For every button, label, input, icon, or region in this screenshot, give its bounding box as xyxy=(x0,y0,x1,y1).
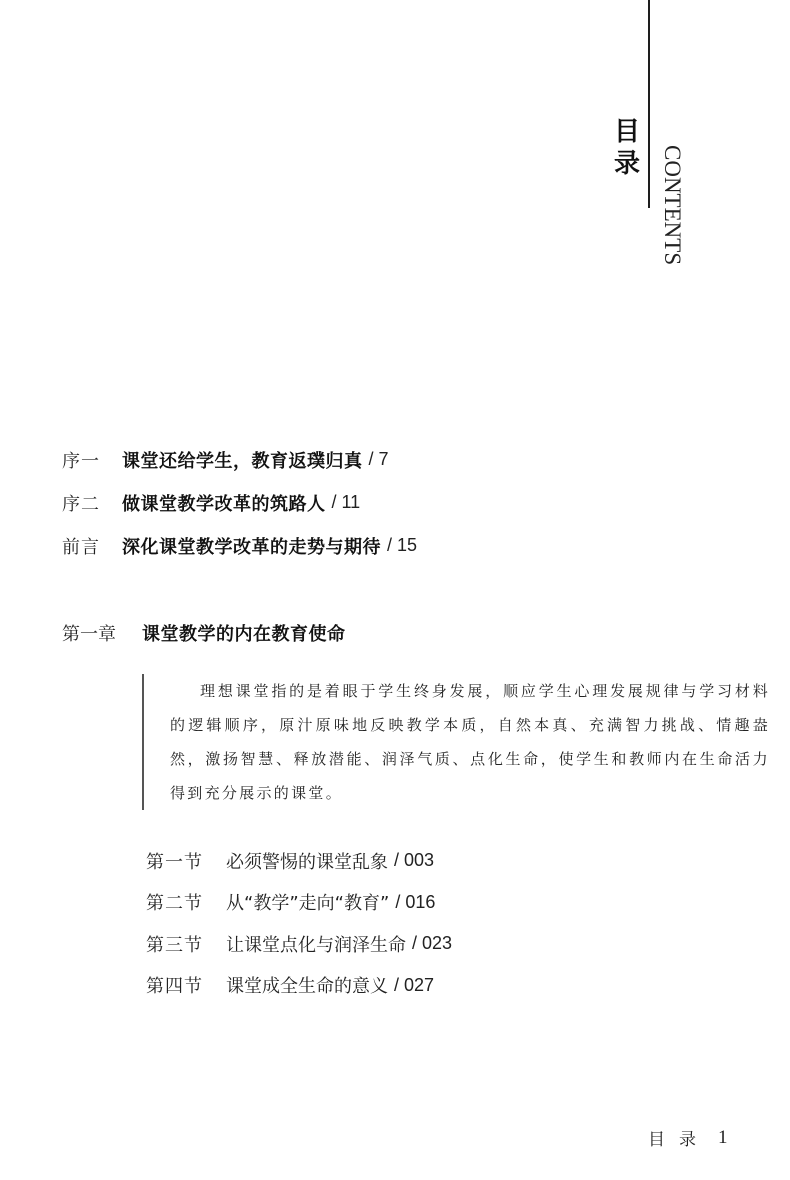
chapter-abstract: 理想课堂指的是着眼于学生终身发展，顺应学生心理发展规律与学习材料的逻辑顺序，原汁… xyxy=(142,674,770,810)
toc-section-2[interactable]: 第二节 从“教学”走向“教育” / 016 xyxy=(146,882,452,924)
toc-entry-preface-1[interactable]: 序一 课堂还给学生，教育返璞归真 / 7 xyxy=(62,438,417,481)
title-char-1: 目 xyxy=(612,116,642,148)
page-title-en: CONTENTS xyxy=(660,145,684,265)
entry-page: / 7 xyxy=(369,449,389,470)
entry-page: / 11 xyxy=(332,492,361,513)
section-list: 第一节 必须警惕的课堂乱象 / 003 第二节 从“教学”走向“教育” / 01… xyxy=(146,840,452,1006)
entry-label: 序二 xyxy=(62,490,122,516)
section-page: / 003 xyxy=(394,850,434,871)
page-title-cn: 目 录 xyxy=(612,116,642,180)
title-char-2: 录 xyxy=(612,148,642,180)
entry-title: 深化课堂教学改革的走势与期待 xyxy=(122,533,381,559)
toc-chapter-1[interactable]: 第一章 课堂教学的内在教育使命 xyxy=(62,620,346,646)
front-matter-list: 序一 课堂还给学生，教育返璞归真 / 7 序二 做课堂教学改革的筑路人 / 11… xyxy=(62,438,417,567)
header-rule xyxy=(648,0,650,208)
chapter-label: 第一章 xyxy=(62,620,142,646)
toc-section-3[interactable]: 第三节 让课堂点化与润泽生命 / 023 xyxy=(146,923,452,965)
running-title: 目录 xyxy=(648,1125,710,1150)
entry-label: 前言 xyxy=(62,533,122,559)
section-title: 课堂成全生命的意义 xyxy=(226,972,388,998)
page-footer: 目录 1 xyxy=(648,1125,728,1150)
entry-label: 序一 xyxy=(62,447,122,473)
section-title: 让课堂点化与润泽生命 xyxy=(226,931,406,957)
section-title: 必须警惕的课堂乱象 xyxy=(226,848,388,874)
entry-page: / 15 xyxy=(387,535,417,556)
page-number: 1 xyxy=(718,1127,728,1149)
section-label: 第一节 xyxy=(146,848,226,874)
section-label: 第二节 xyxy=(146,889,226,915)
chapter-title: 课堂教学的内在教育使命 xyxy=(142,620,346,646)
section-page: / 016 xyxy=(395,892,435,913)
entry-title: 做课堂教学改革的筑路人 xyxy=(122,490,326,516)
section-label: 第四节 xyxy=(146,972,226,998)
section-title: 从“教学”走向“教育” xyxy=(226,889,389,915)
entry-title: 课堂还给学生，教育返璞归真 xyxy=(122,447,363,473)
toc-entry-preface-2[interactable]: 序二 做课堂教学改革的筑路人 / 11 xyxy=(62,481,417,524)
section-page: / 027 xyxy=(394,975,434,996)
section-page: / 023 xyxy=(412,933,452,954)
toc-section-4[interactable]: 第四节 课堂成全生命的意义 / 027 xyxy=(146,965,452,1007)
toc-entry-foreword[interactable]: 前言 深化课堂教学改革的走势与期待 / 15 xyxy=(62,524,417,567)
section-label: 第三节 xyxy=(146,931,226,957)
toc-section-1[interactable]: 第一节 必须警惕的课堂乱象 / 003 xyxy=(146,840,452,882)
